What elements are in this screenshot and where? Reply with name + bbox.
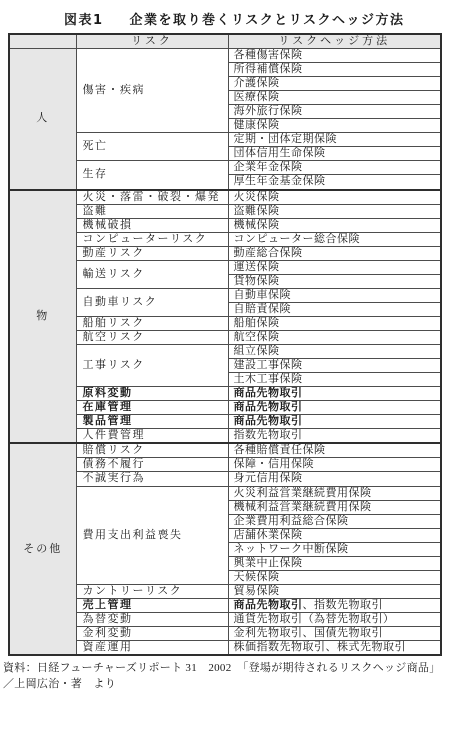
hedge-cell: 商品先物取引 (228, 387, 441, 401)
hedge-cell: 各種賠償責任保険 (228, 443, 441, 458)
source-line-2: ／上岡広治・著 より (3, 677, 450, 693)
risk-cell: 原料変動 (76, 387, 228, 401)
hedge-cell: 貿易保険 (228, 584, 441, 598)
risk-cell: 不誠実行為 (76, 472, 228, 486)
risk-cell: 人件費管理 (76, 429, 228, 444)
hedge-header-cell: リスクヘッジ方法 (228, 34, 441, 49)
category-cell: その他 (9, 443, 76, 655)
hedge-cell: 火災保険 (228, 190, 441, 205)
hedge-cell: 健康保険 (228, 119, 441, 133)
hedge-cell: 医療保険 (228, 91, 441, 105)
table-row: 物火災・落雷・破裂・爆発火災保険 (9, 190, 441, 205)
hedge-cell: 機械利益営業継続費用保険 (228, 500, 441, 514)
hedge-cell: 運送保険 (228, 260, 441, 274)
table-body: 人傷害・疾病各種傷害保険所得補償保険介護保険医療保険海外旅行保険健康保険死亡定期… (9, 49, 441, 656)
risk-cell: 費用支出利益喪失 (76, 486, 228, 584)
hedge-cell: 保障・信用保険 (228, 458, 441, 472)
hedge-cell: ネットワーク中断保険 (228, 542, 441, 556)
hedge-cell: 火災利益営業継続費用保険 (228, 486, 441, 500)
risk-cell: 火災・落雷・破裂・爆発 (76, 190, 228, 205)
risk-header-cell: リスク (76, 34, 228, 49)
hedge-cell: 所得補償保険 (228, 63, 441, 77)
hedge-cell: 商品先物取引 (228, 401, 441, 415)
hedge-cell: 自賠責保険 (228, 302, 441, 316)
table-header: リスク リスクヘッジ方法 (9, 34, 441, 49)
risk-cell: 輸送リスク (76, 260, 228, 288)
risk-cell: 金利変動 (76, 626, 228, 640)
risk-cell: 死亡 (76, 133, 228, 161)
risk-cell: 製品管理 (76, 415, 228, 429)
hedge-cell: 指数先物取引 (228, 429, 441, 444)
header-row: リスク リスクヘッジ方法 (9, 34, 441, 49)
risk-cell: コンピューターリスク (76, 232, 228, 246)
hedge-cell: 株価指数先物取引、株式先物取引 (228, 641, 441, 656)
hedge-cell: 機械保険 (228, 218, 441, 232)
figure-label: 図表1 (64, 13, 104, 28)
hedge-cell: コンピューター総合保険 (228, 232, 441, 246)
risk-cell: 機械破損 (76, 218, 228, 232)
hedge-cell: 通貨先物取引（為替先物取引） (228, 612, 441, 626)
hedge-cell: 企業年金保険 (228, 161, 441, 175)
risk-cell: 債務不履行 (76, 458, 228, 472)
hedge-cell: 商品先物取引、指数先物取引 (228, 598, 441, 612)
category-cell: 物 (9, 190, 76, 444)
hedge-cell: 金利先物取引、国債先物取引 (228, 626, 441, 640)
hedge-cell: 動産総合保険 (228, 246, 441, 260)
source-line-1: 資料：日経フューチャーズリポート 31 2002 「登場が期待されるリスクヘッジ… (3, 661, 450, 677)
risk-cell: 盗難 (76, 204, 228, 218)
risk-cell: 航空リスク (76, 330, 228, 344)
hedge-cell: 身元信用保険 (228, 472, 441, 486)
hedge-cell: 商品先物取引 (228, 415, 441, 429)
risk-cell: 自動車リスク (76, 288, 228, 316)
category-header-cell (9, 34, 76, 49)
hedge-cell: 盗難保険 (228, 204, 441, 218)
source-note: 資料：日経フューチャーズリポート 31 2002 「登場が期待されるリスクヘッジ… (3, 661, 450, 692)
hedge-cell: 定期・団体定期保険 (228, 133, 441, 147)
table-row: 人傷害・疾病各種傷害保険 (9, 49, 441, 63)
hedge-cell: 組立保険 (228, 345, 441, 359)
hedge-cell: 天候保険 (228, 570, 441, 584)
hedge-cell: 団体信用生命保険 (228, 147, 441, 161)
risk-cell: 資産運用 (76, 641, 228, 656)
risk-cell: 工事リスク (76, 345, 228, 387)
hedge-cell: 土木工事保険 (228, 373, 441, 387)
hedge-cell: 店舗休業保険 (228, 528, 441, 542)
risk-cell: 売上管理 (76, 598, 228, 612)
risk-cell: 船舶リスク (76, 316, 228, 330)
hedge-cell: 興業中止保険 (228, 556, 441, 570)
risk-table: リスク リスクヘッジ方法 人傷害・疾病各種傷害保険所得補償保険介護保険医療保険海… (8, 33, 442, 656)
hedge-cell: 貨物保険 (228, 274, 441, 288)
hedge-cell: 企業費用利益総合保険 (228, 514, 441, 528)
hedge-cell: 厚生年金基金保険 (228, 175, 441, 190)
hedge-cell: 各種傷害保険 (228, 49, 441, 63)
risk-cell: 在庫管理 (76, 401, 228, 415)
risk-cell: 為替変動 (76, 612, 228, 626)
category-cell: 人 (9, 49, 76, 190)
hedge-cell: 建設工事保険 (228, 359, 441, 373)
risk-cell: 動産リスク (76, 246, 228, 260)
risk-cell: 賠償リスク (76, 443, 228, 458)
risk-cell: 傷害・疾病 (76, 49, 228, 133)
hedge-cell: 船舶保険 (228, 316, 441, 330)
table-row: その他賠償リスク各種賠償責任保険 (9, 443, 441, 458)
hedge-cell: 海外旅行保険 (228, 105, 441, 119)
page-title: 図表1企業を取り巻くリスクとリスクヘッジ方法 (0, 0, 450, 33)
figure-title-text: 企業を取り巻くリスクとリスクヘッジ方法 (130, 13, 405, 28)
risk-cell: 生存 (76, 161, 228, 190)
hedge-cell: 自動車保険 (228, 288, 441, 302)
hedge-cell: 航空保険 (228, 330, 441, 344)
risk-cell: カントリーリスク (76, 584, 228, 598)
hedge-cell: 介護保険 (228, 77, 441, 91)
